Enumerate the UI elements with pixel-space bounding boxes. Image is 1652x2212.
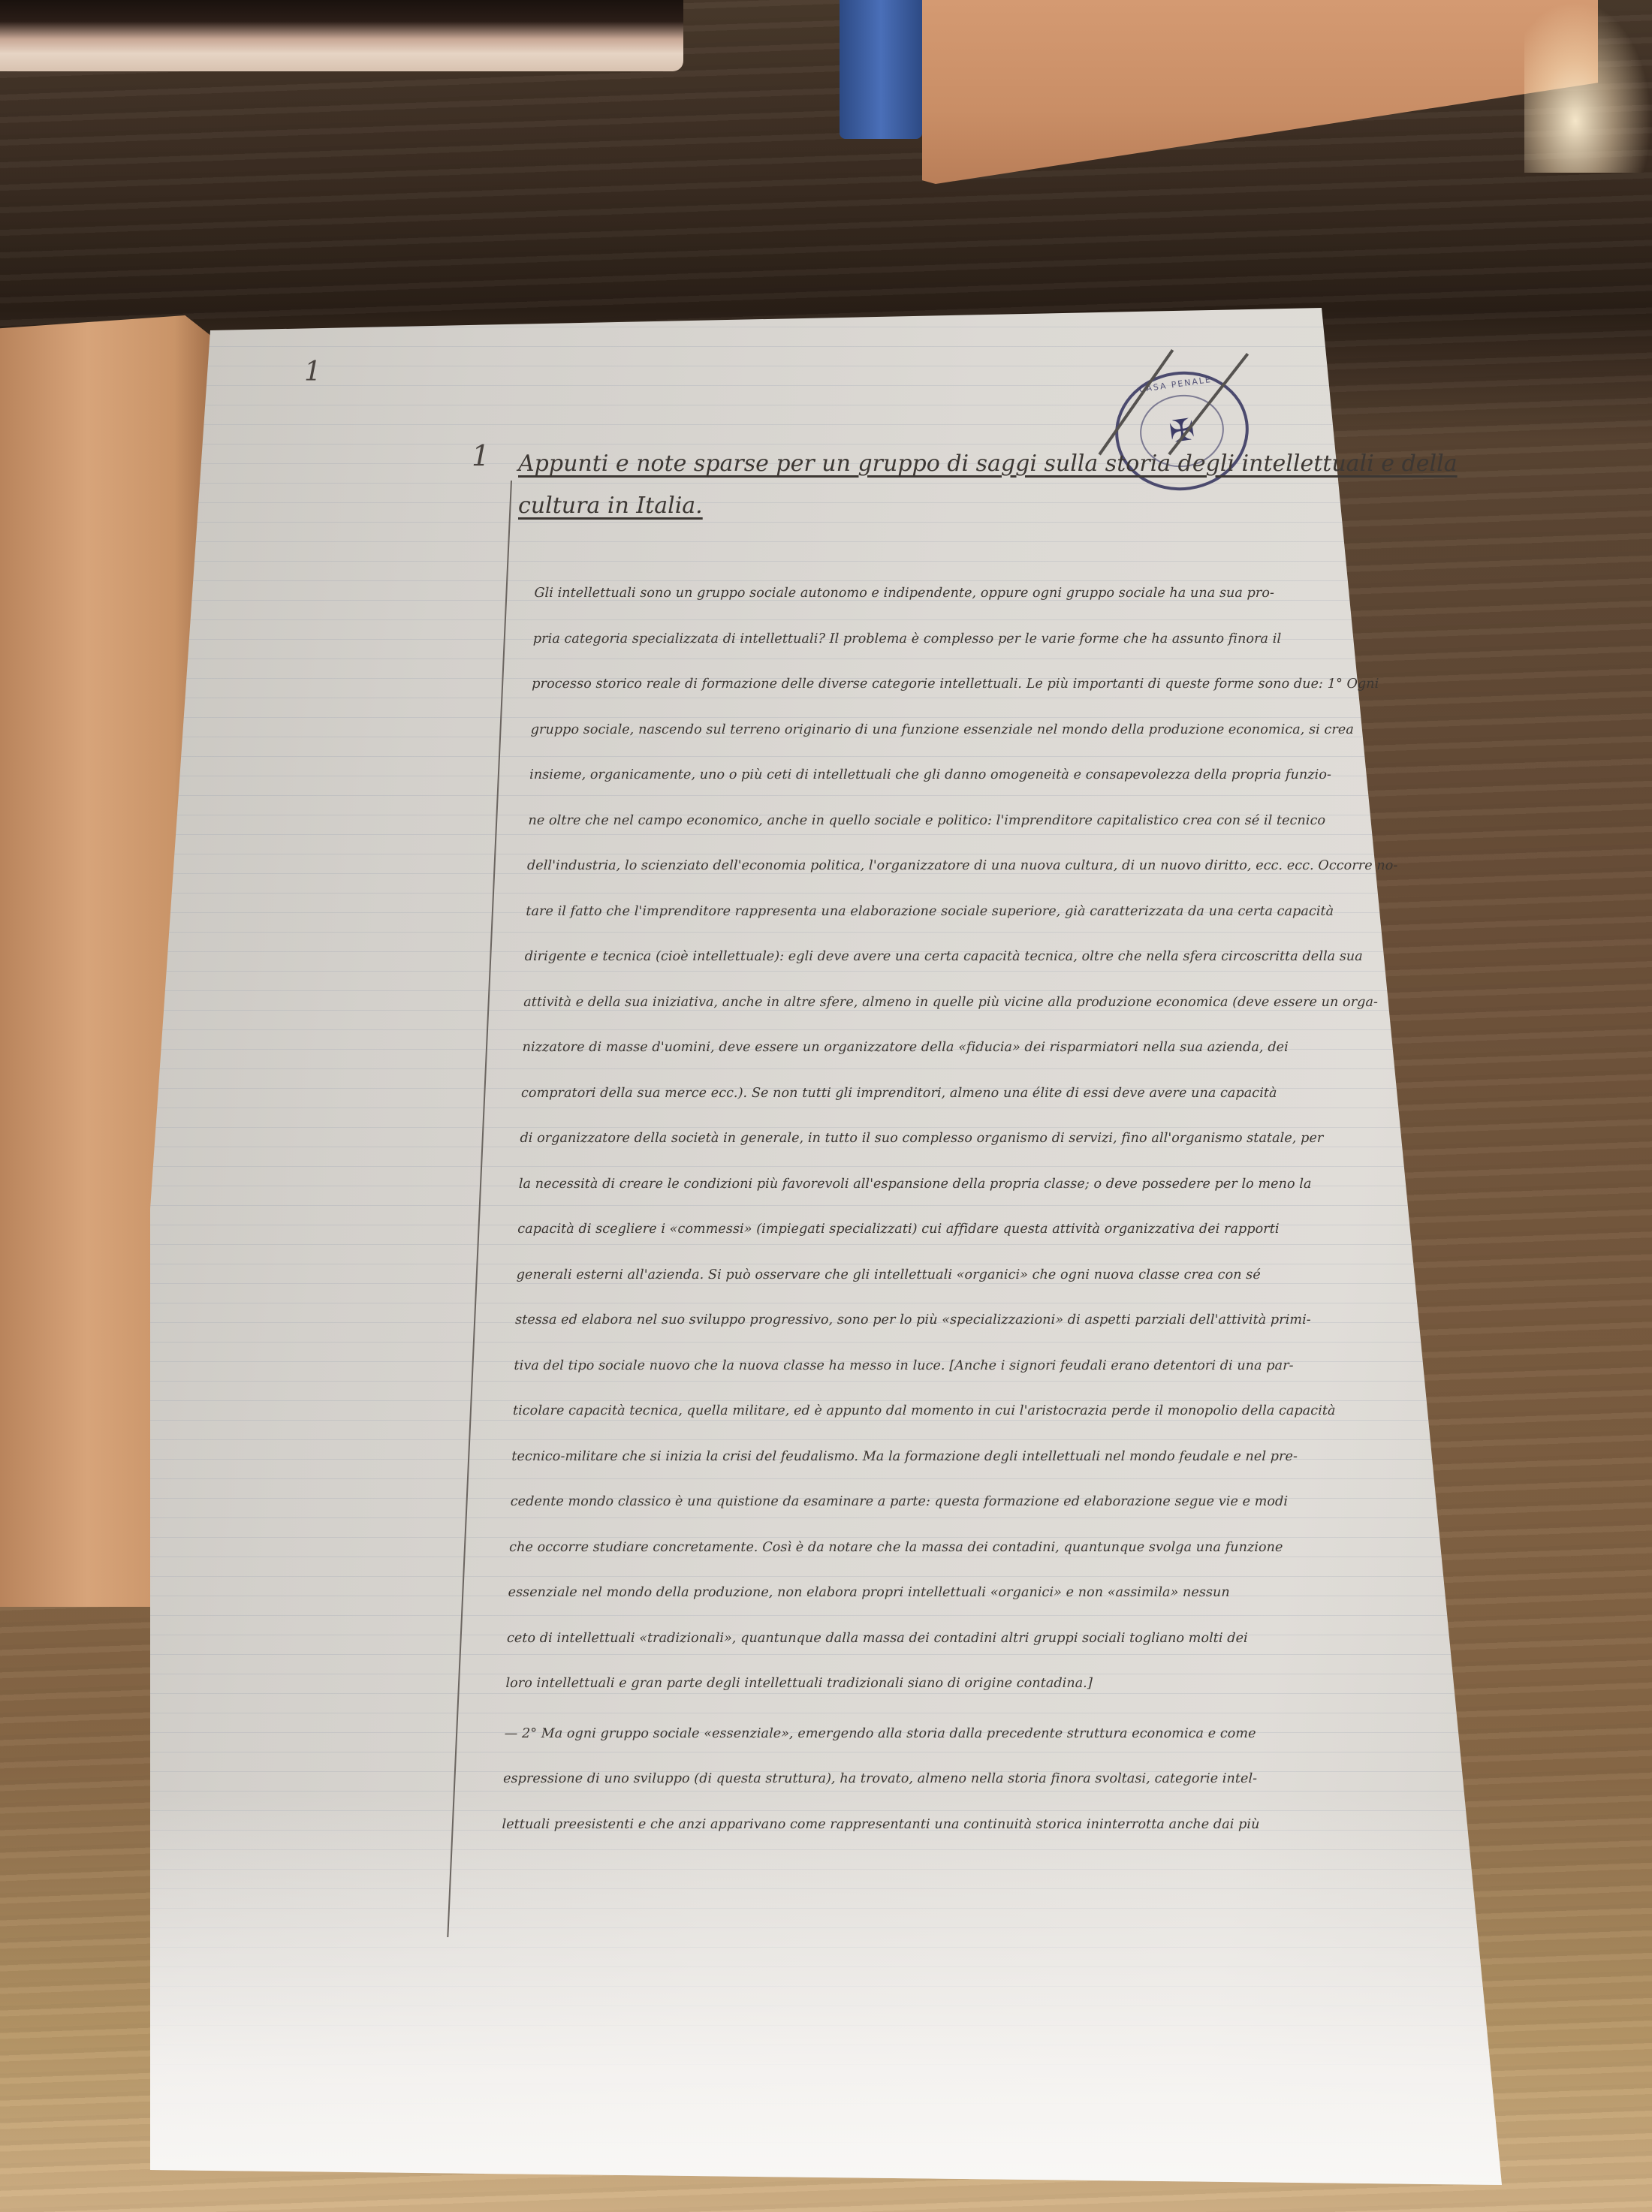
background-notebook bbox=[0, 0, 683, 71]
manuscript-title: Appunti e note sparse per un gruppo di s… bbox=[518, 443, 1464, 527]
section-number: 1 bbox=[472, 439, 490, 472]
handwritten-line: dell'industria, lo scienziato dell'econo… bbox=[526, 843, 1504, 889]
handwritten-line: ceto di intellettuali «tradizionali», qu… bbox=[506, 1616, 1484, 1662]
handwritten-line: lettuali preesistenti e che anzi appariv… bbox=[502, 1802, 1479, 1848]
handwritten-line: gruppo sociale, nascendo sul terreno ori… bbox=[530, 707, 1508, 753]
handwritten-line: tare il fatto che l'imprenditore rappres… bbox=[526, 889, 1503, 935]
handwritten-line: tiva del tipo sociale nuovo che la nuova… bbox=[514, 1343, 1491, 1389]
page-number: 1 bbox=[304, 357, 321, 387]
handwritten-line: tecnico-militare che si inizia la crisi … bbox=[511, 1434, 1489, 1480]
handwritten-line: attività e della sua iniziativa, anche i… bbox=[523, 980, 1500, 1026]
handwritten-line: dirigente e tecnica (cioè intellettuale)… bbox=[524, 934, 1502, 980]
handwritten-line: Gli intellettuali sono un gruppo sociale… bbox=[534, 571, 1512, 616]
handwritten-line: la necessità di creare le condizioni più… bbox=[518, 1162, 1496, 1207]
handwritten-line: stessa ed elabora nel suo sviluppo progr… bbox=[514, 1297, 1492, 1343]
manuscript-body: Gli intellettuali sono un gruppo sociale… bbox=[502, 571, 1512, 1847]
handwritten-line: — 2° Ma ogni gruppo sociale «essenziale»… bbox=[504, 1711, 1482, 1757]
blue-pencil bbox=[840, 0, 922, 139]
light-glare bbox=[1524, 0, 1652, 173]
handwritten-line: insieme, organicamente, uno o più ceti d… bbox=[529, 752, 1506, 798]
handwritten-line: cedente mondo classico è una quistione d… bbox=[510, 1479, 1488, 1525]
handwritten-line: loro intellettuali e gran parte degli in… bbox=[505, 1661, 1483, 1707]
handwritten-line: ne oltre che nel campo economico, anche … bbox=[528, 798, 1506, 844]
handwritten-line: essenziale nel mondo della produzione, n… bbox=[508, 1570, 1485, 1616]
handwritten-line: generali esterni all'azienda. Si può oss… bbox=[516, 1252, 1494, 1298]
handwritten-line: nizzatore di masse d'uomini, deve essere… bbox=[522, 1025, 1500, 1071]
background-folder bbox=[922, 0, 1598, 184]
handwritten-line: che occorre studiare concretamente. Così… bbox=[508, 1525, 1486, 1571]
page-glare bbox=[150, 1795, 1517, 2185]
handwritten-line: ticolare capacità tecnica, quella milita… bbox=[512, 1388, 1490, 1434]
handwritten-line: di organizzatore della società in genera… bbox=[520, 1116, 1497, 1162]
handwritten-line: processo storico reale di formazione del… bbox=[532, 661, 1509, 707]
handwritten-line: capacità di scegliere i «commessi» (impi… bbox=[517, 1207, 1494, 1252]
handwritten-line: compratori della sua merce ecc.). Se non… bbox=[520, 1071, 1498, 1117]
handwritten-line: espressione di uno sviluppo (di questa s… bbox=[502, 1756, 1480, 1802]
handwritten-line: pria categoria specializzata di intellet… bbox=[532, 616, 1510, 662]
